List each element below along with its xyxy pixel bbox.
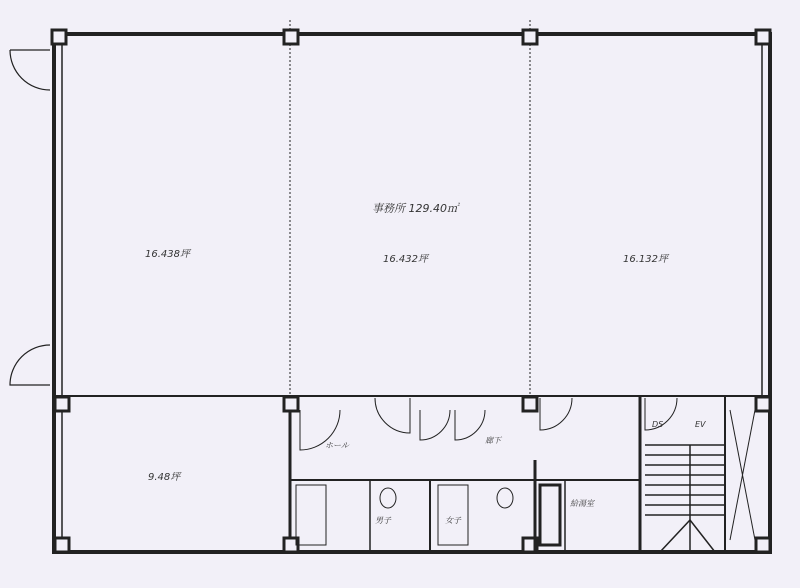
ev-label: EV [695,420,706,429]
kitchenette-label: 給湯室 [570,498,594,509]
floor-plan [0,0,800,588]
door-icon [10,345,50,385]
room-c-area: 16.132坪 [623,250,668,265]
mens-label: 男子 [375,515,391,526]
corridor-label: 廊下 [485,435,501,446]
plan-title: 事務所 129.40㎡ [372,200,458,216]
hall-label: ホール [325,440,349,451]
room-d-area: 9.48坪 [148,468,180,483]
ds-label: DS [652,420,663,429]
door-icon [10,50,50,90]
womens-label: 女子 [445,515,461,526]
room-b-area: 16.432坪 [383,250,428,265]
room-a-area: 16.438坪 [145,245,190,260]
